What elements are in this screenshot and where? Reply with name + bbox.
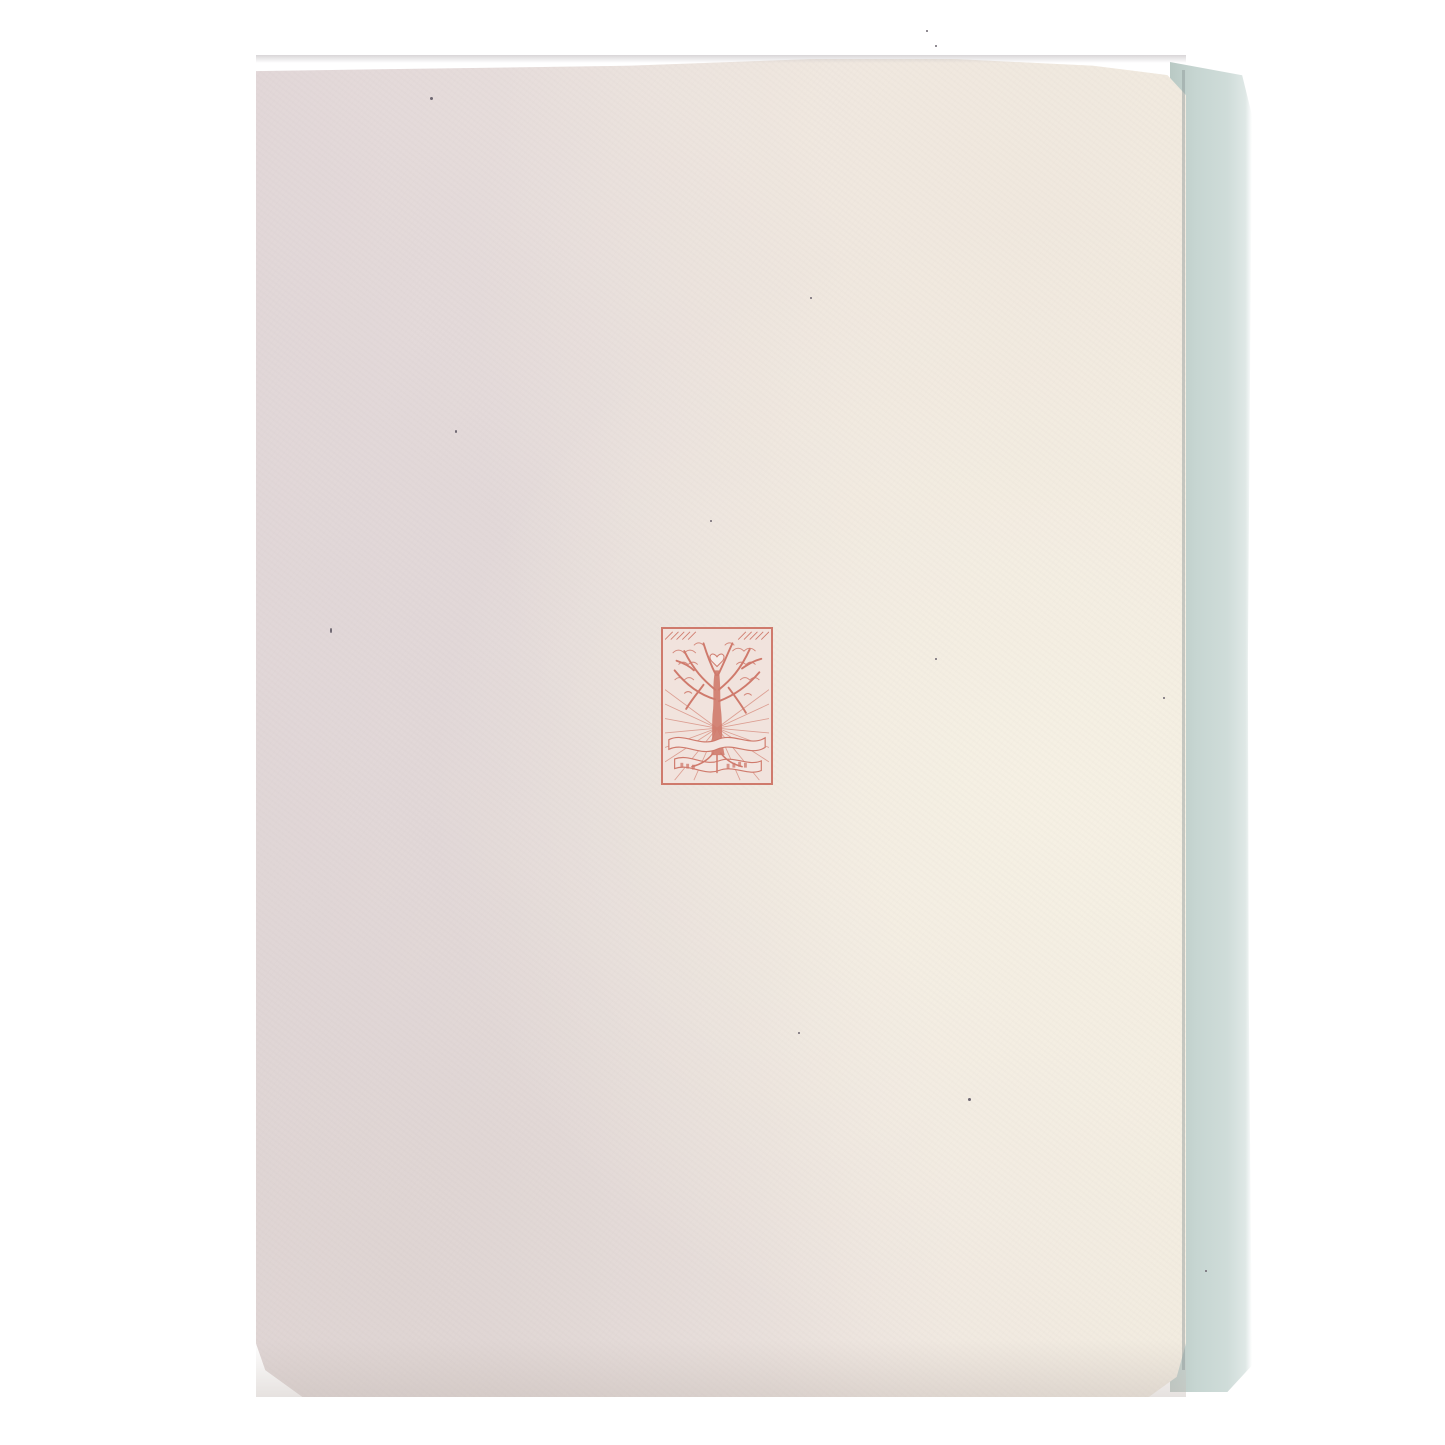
dust-speck <box>1205 1270 1207 1272</box>
dust-speck <box>935 45 937 47</box>
cover-top-edge <box>256 55 1186 63</box>
dust-speck <box>968 1098 971 1101</box>
tree-woodcut-emblem-icon <box>661 627 773 785</box>
dust-speck <box>455 430 457 433</box>
dust-speck <box>430 97 433 100</box>
dust-speck <box>810 297 812 299</box>
dust-speck <box>330 628 332 633</box>
dust-speck <box>1163 697 1165 699</box>
photo-scene <box>0 0 1445 1445</box>
cover-right-edge <box>1182 70 1185 1370</box>
dust-speck <box>798 1032 800 1034</box>
dust-speck <box>926 30 928 32</box>
dust-speck <box>710 520 712 522</box>
tree-illustration <box>665 631 769 781</box>
dust-speck <box>935 658 937 660</box>
